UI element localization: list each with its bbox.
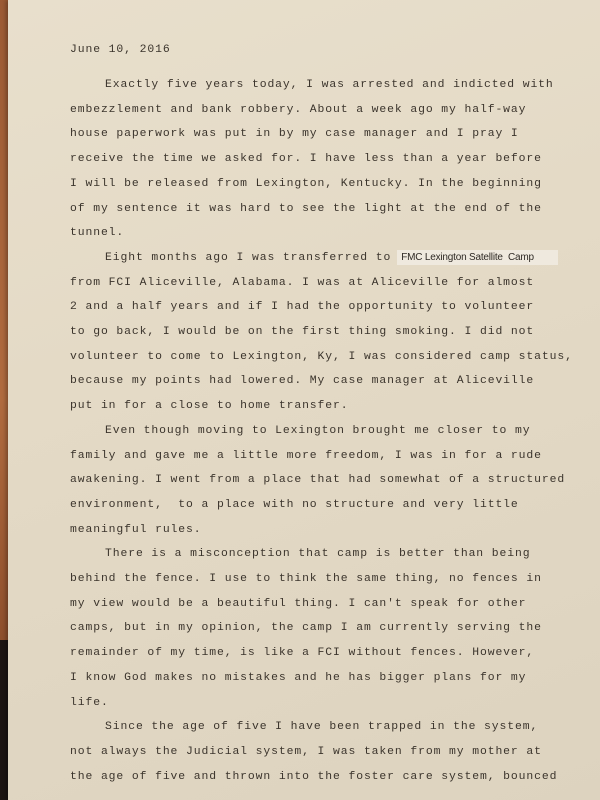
letter-line: Eight months ago I was transferred toFMC… <box>70 252 558 264</box>
letter-line: I know God makes no mistakes and he has … <box>70 672 526 684</box>
letter-line: life. <box>70 697 109 709</box>
letter-line-text: I know God makes no mistakes and he has … <box>70 672 526 684</box>
letter-line-text: house paperwork was put in by my case ma… <box>70 128 519 140</box>
letter-line-text: tunnel. <box>70 227 124 239</box>
letter-line-text: from FCI Aliceville, Alabama. I was at A… <box>70 277 534 289</box>
letter-line: tunnel. <box>70 227 124 239</box>
letter-line: not always the Judicial system, I was ta… <box>70 746 542 758</box>
letter-line-text: because my points had lowered. My case m… <box>70 375 534 387</box>
letter-line-text: remainder of my time, is like a FCI with… <box>70 647 534 659</box>
letter-line: There is a misconception that camp is be… <box>70 548 530 560</box>
letter-line-text: volunteer to come to Lexington, Ky, I wa… <box>70 351 573 363</box>
letter-line: embezzlement and bank robbery. About a w… <box>70 104 526 116</box>
letter-line: behind the fence. I use to think the sam… <box>70 573 542 585</box>
letter-line: I will be released from Lexington, Kentu… <box>70 178 542 190</box>
letter-line: volunteer to come to Lexington, Ky, I wa… <box>70 351 573 363</box>
letter-line: house paperwork was put in by my case ma… <box>70 128 519 140</box>
letter-line: meaningful rules. <box>70 524 202 536</box>
letter-line: of my sentence it was hard to see the li… <box>70 203 542 215</box>
letter-date: June 10, 2016 <box>70 44 171 56</box>
letter-line-text: not always the Judicial system, I was ta… <box>70 746 542 758</box>
letter-line: from FCI Aliceville, Alabama. I was at A… <box>70 277 534 289</box>
letter-line-text: There is a misconception that camp is be… <box>105 548 530 560</box>
letter-line-text: camps, but in my opinion, the camp I am … <box>70 622 542 634</box>
letter-line: Even though moving to Lexington brought … <box>70 425 530 437</box>
letter-line-text: environment, to a place with no structur… <box>70 499 519 511</box>
letter-line: family and gave me a little more freedom… <box>70 450 542 462</box>
letter-line-text: put in for a close to home transfer. <box>70 400 348 412</box>
letter-line-text: meaningful rules. <box>70 524 202 536</box>
letter-line-text: awakening. I went from a place that had … <box>70 474 565 486</box>
letter-line-text: to go back, I would be on the first thin… <box>70 326 534 338</box>
letter-line: remainder of my time, is like a FCI with… <box>70 647 534 659</box>
letter-line: camps, but in my opinion, the camp I am … <box>70 622 542 634</box>
letter-line-text: family and gave me a little more freedom… <box>70 450 542 462</box>
letter-line: Since the age of five I have been trappe… <box>70 721 538 733</box>
letter-line-text: Eight months ago I was transferred to <box>105 252 391 264</box>
letter-line-text: of my sentence it was hard to see the li… <box>70 203 542 215</box>
letter-line: put in for a close to home transfer. <box>70 400 348 412</box>
letter-line: my view would be a beautiful thing. I ca… <box>70 598 526 610</box>
typed-letter-page: June 10, 2016 Exactly five years today, … <box>8 0 600 800</box>
letter-line: 2 and a half years and if I had the oppo… <box>70 301 534 313</box>
letter-line-text: receive the time we asked for. I have le… <box>70 153 542 165</box>
letter-line-text: embezzlement and bank robbery. About a w… <box>70 104 526 116</box>
letter-line: Exactly five years today, I was arrested… <box>70 79 554 91</box>
letter-line-text: behind the fence. I use to think the sam… <box>70 573 542 585</box>
letter-line: because my points had lowered. My case m… <box>70 375 534 387</box>
letter-line-text: Exactly five years today, I was arrested… <box>105 79 554 91</box>
letter-line: awakening. I went from a place that had … <box>70 474 565 486</box>
letter-line: to go back, I would be on the first thin… <box>70 326 534 338</box>
inserted-facility-label: FMC Lexington Satellite Camp <box>397 250 558 265</box>
letter-line: environment, to a place with no structur… <box>70 499 519 511</box>
letter-line-text: Even though moving to Lexington brought … <box>105 425 530 437</box>
letter-line-text: life. <box>70 697 109 709</box>
letter-line-text: I will be released from Lexington, Kentu… <box>70 178 542 190</box>
letter-line-text: Since the age of five I have been trappe… <box>105 721 538 733</box>
letter-line-text: my view would be a beautiful thing. I ca… <box>70 598 526 610</box>
letter-line-text: the age of five and thrown into the fost… <box>70 771 557 783</box>
letter-line: the age of five and thrown into the fost… <box>70 771 557 783</box>
letter-line-text: 2 and a half years and if I had the oppo… <box>70 301 534 313</box>
letter-line: receive the time we asked for. I have le… <box>70 153 542 165</box>
